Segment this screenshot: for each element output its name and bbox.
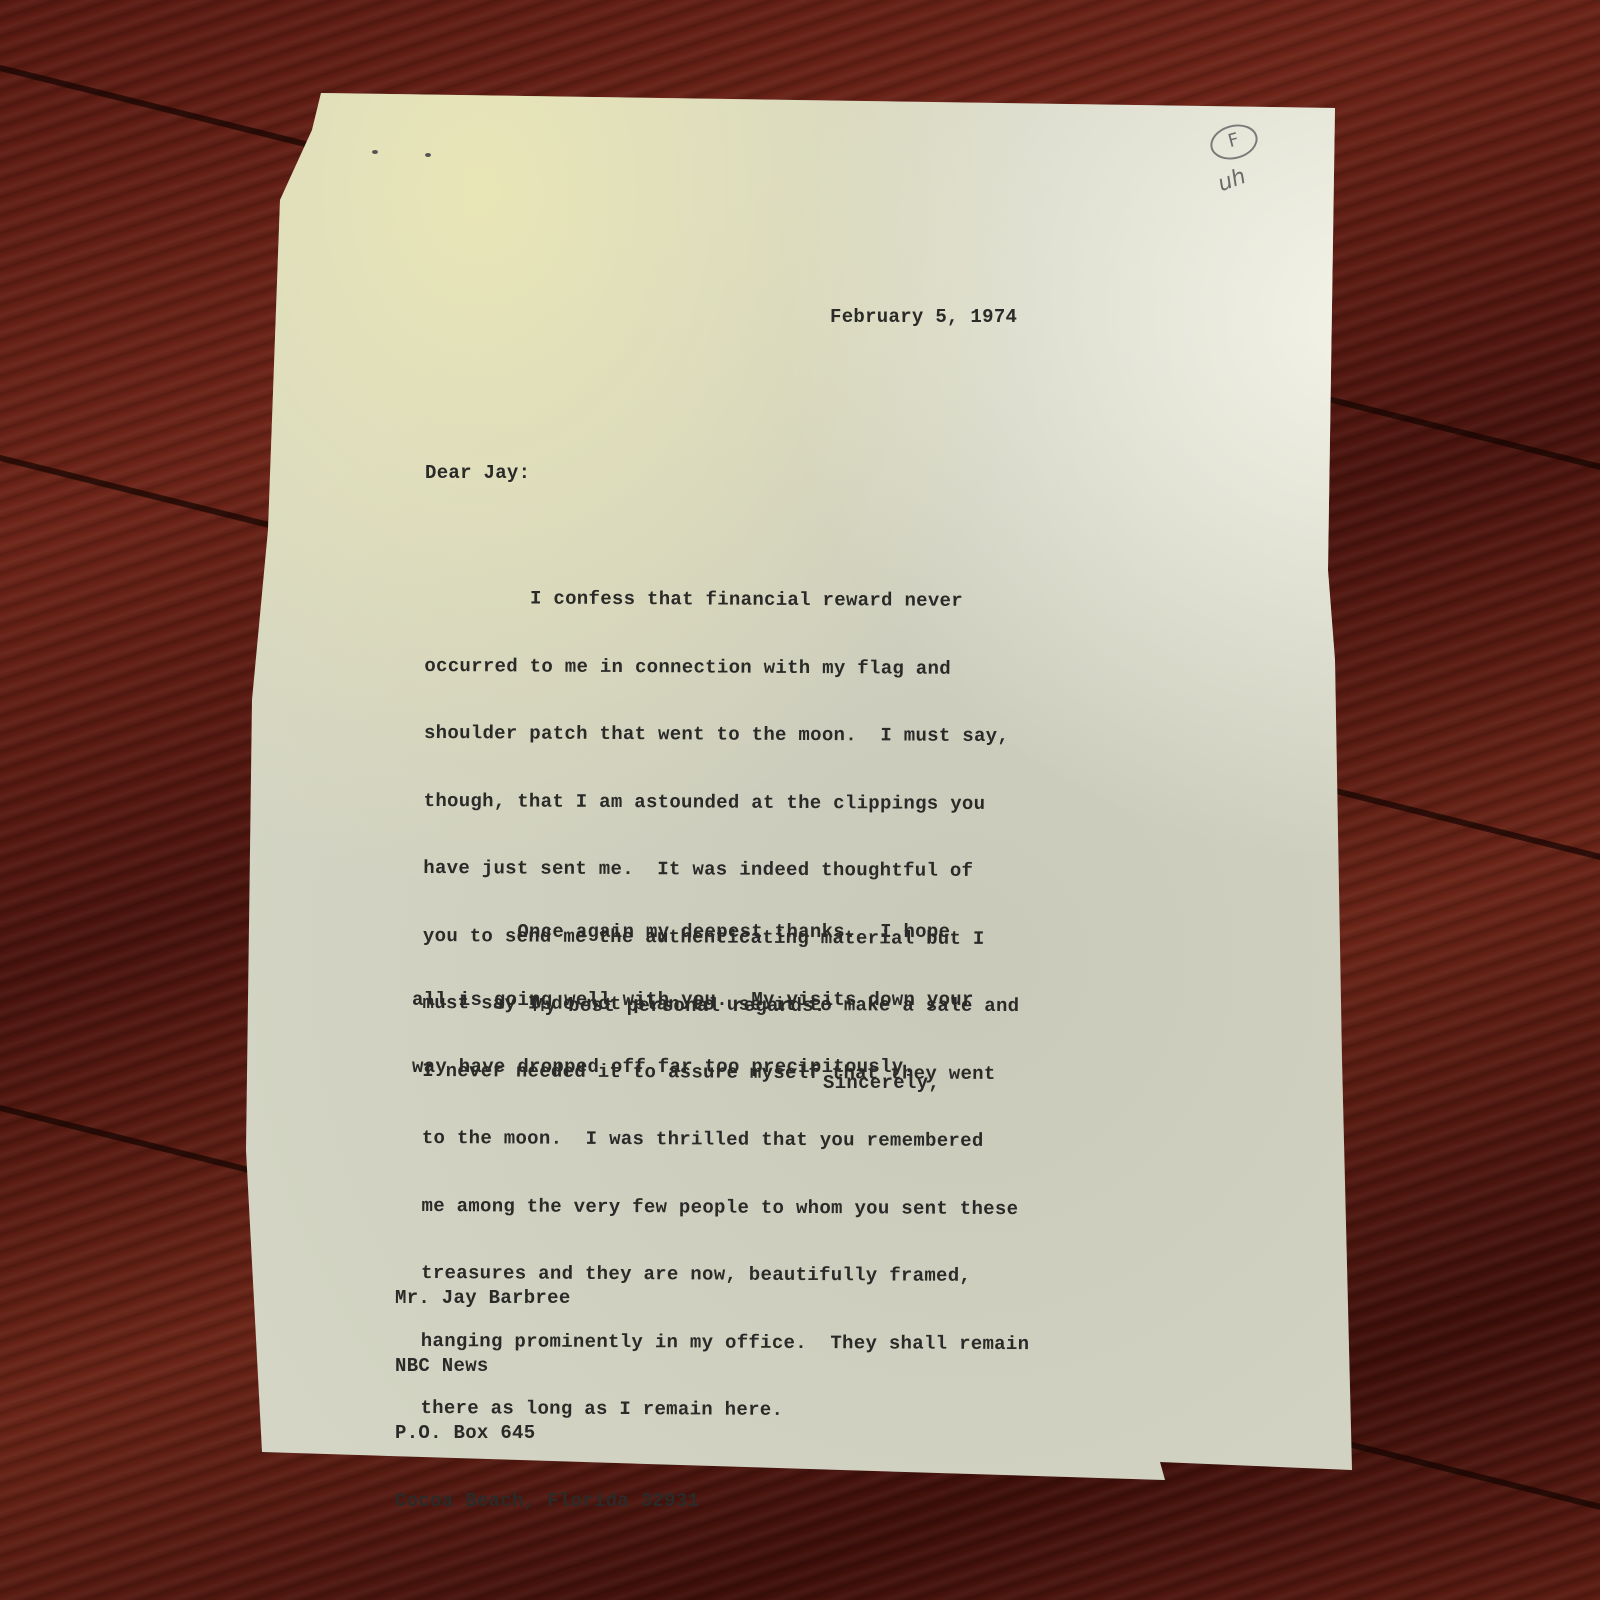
staple-hole bbox=[425, 153, 431, 157]
text-line: though, that I am astounded at the clipp… bbox=[424, 789, 1033, 815]
signoff: Sincerely, bbox=[823, 1072, 940, 1095]
text-line: Once again my deepest thanks. I hope bbox=[412, 921, 974, 944]
address-line: NBC News bbox=[395, 1355, 699, 1378]
text-line: shoulder patch that went to the moon. I … bbox=[424, 722, 1033, 748]
text-line: me among the very few people to whom you… bbox=[421, 1194, 1030, 1220]
staple-hole bbox=[372, 150, 378, 154]
recipient-address: Mr. Jay Barbree NBC News P.O. Box 645 Co… bbox=[395, 1242, 699, 1535]
body-paragraph-2: Once again my deepest thanks. I hope all… bbox=[412, 876, 974, 1101]
letter-date: February 5, 1974 bbox=[830, 306, 1017, 329]
address-line: Cocoa Beach, Florida 32931 bbox=[395, 1490, 699, 1513]
text-line: I confess that financial reward never bbox=[425, 587, 1034, 613]
closing-line: My best personal regards. bbox=[533, 995, 826, 1018]
address-line: Mr. Jay Barbree bbox=[395, 1287, 699, 1310]
salutation: Dear Jay: bbox=[425, 462, 530, 485]
text-line: to the moon. I was thrilled that you rem… bbox=[422, 1127, 1031, 1153]
text-line: occurred to me in connection with my fla… bbox=[424, 654, 1033, 680]
address-line: P.O. Box 645 bbox=[395, 1422, 699, 1445]
